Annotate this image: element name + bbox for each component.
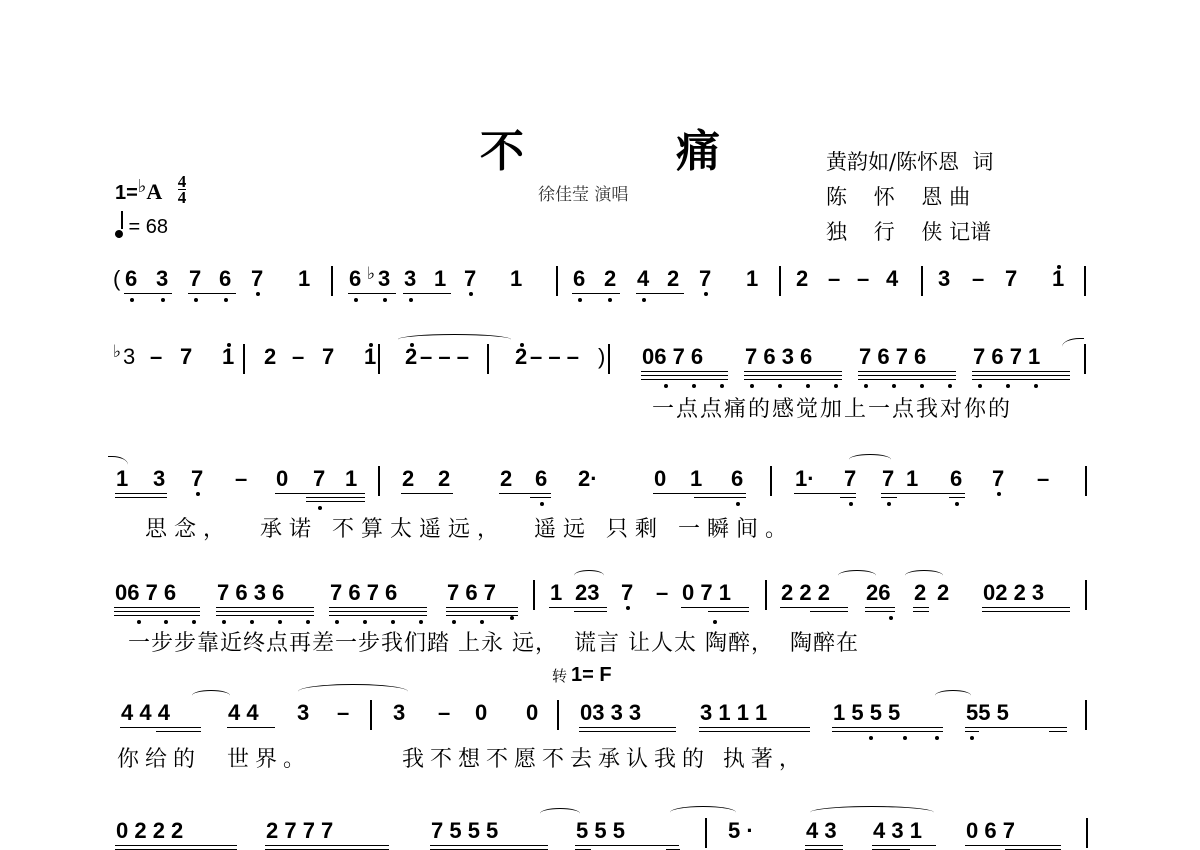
underline bbox=[115, 845, 237, 846]
low-dot bbox=[452, 620, 456, 624]
score-system-6: 0 2 2 2 2 7 7 7 7 5 5 5 5 5 5 5 · 4 3 4 … bbox=[0, 814, 1200, 850]
flat-icon: ♭ bbox=[113, 342, 121, 362]
open-paren: ( bbox=[113, 266, 120, 292]
underline bbox=[982, 611, 1070, 612]
underline bbox=[329, 615, 427, 616]
low-dot bbox=[948, 384, 952, 388]
note: 0 bbox=[276, 466, 288, 492]
low-dot bbox=[196, 492, 200, 496]
dash: – – – bbox=[420, 344, 469, 370]
dash: – bbox=[828, 266, 840, 292]
key-prefix: 1= bbox=[115, 182, 138, 204]
key-note: A bbox=[146, 179, 162, 204]
low-dot bbox=[834, 384, 838, 388]
note-group: 1 5 5 5 bbox=[833, 700, 900, 726]
low-dot bbox=[1034, 384, 1038, 388]
dash: – bbox=[972, 266, 984, 292]
tie bbox=[298, 684, 408, 699]
dash: – bbox=[1037, 466, 1049, 492]
underline bbox=[794, 493, 856, 494]
key-signature: 1=♭A 4 4 bbox=[115, 178, 186, 209]
low-dot bbox=[664, 384, 668, 388]
credits-block: 黄韵如/陈怀恩 词 陈 怀 恩 曲 独 行 侠 记谱 bbox=[826, 145, 993, 250]
barline bbox=[779, 266, 781, 296]
score-system-2: ♭ 3 – 7 1 2 – 7 1 2 – – – 2 – – – ) 06 7… bbox=[0, 340, 1200, 420]
composer-credit: 陈 怀 恩 曲 bbox=[826, 180, 993, 215]
underline bbox=[114, 611, 200, 612]
note: 1 bbox=[222, 344, 234, 370]
low-dot bbox=[383, 298, 387, 302]
underline bbox=[188, 293, 236, 294]
flat-icon: ♭ bbox=[138, 176, 147, 197]
note-group: 4 4 4 bbox=[121, 700, 170, 726]
song-title-char-1: 不 bbox=[480, 115, 524, 179]
note: 3 bbox=[153, 466, 165, 492]
low-dot bbox=[224, 298, 228, 302]
dash: – bbox=[337, 700, 349, 726]
dash: – bbox=[656, 580, 668, 606]
note: 0 bbox=[654, 466, 666, 492]
high-dot bbox=[1057, 265, 1061, 269]
low-dot bbox=[409, 298, 413, 302]
underline bbox=[708, 611, 749, 612]
underline bbox=[446, 611, 518, 612]
underline bbox=[965, 731, 979, 732]
barline bbox=[770, 466, 772, 496]
key-change-marking: 转1= F bbox=[552, 664, 612, 687]
underline bbox=[636, 293, 684, 294]
note-group: 7 6 3 6 bbox=[217, 580, 284, 606]
note: 0 bbox=[475, 700, 487, 726]
underline bbox=[965, 727, 1067, 728]
low-dot bbox=[222, 620, 226, 624]
note: 3 bbox=[938, 266, 950, 292]
barline bbox=[765, 580, 767, 610]
underline bbox=[840, 497, 856, 498]
note-group: 55 5 bbox=[966, 700, 1009, 726]
note: 1 bbox=[364, 344, 376, 370]
underline bbox=[913, 611, 929, 612]
note: 2 bbox=[937, 580, 949, 606]
low-dot bbox=[419, 620, 423, 624]
score-system-4: 06 7 6 7 6 3 6 7 6 7 6 7 6 7 1 23 7 – 0 … bbox=[0, 576, 1200, 656]
song-title-char-2: 痛 bbox=[676, 115, 720, 179]
low-dot bbox=[997, 492, 1001, 496]
underline bbox=[641, 379, 728, 380]
tempo-marking: = 68 bbox=[115, 215, 168, 239]
note: 7 bbox=[180, 344, 192, 370]
underline bbox=[949, 497, 965, 498]
low-dot bbox=[935, 736, 939, 740]
underline bbox=[329, 611, 427, 612]
note: 2 bbox=[264, 344, 276, 370]
note: 2 bbox=[914, 580, 926, 606]
underline bbox=[530, 497, 551, 498]
underline bbox=[681, 607, 749, 608]
underline bbox=[810, 611, 848, 612]
score-system-1: ( 6 3 7 6 7 1 6 ♭ 3 3 1 7 1 6 2 4 2 7 1 … bbox=[0, 262, 1200, 302]
note-group: 02 2 3 bbox=[983, 580, 1044, 606]
barline bbox=[1085, 466, 1087, 496]
note: 7 bbox=[699, 266, 711, 292]
low-dot bbox=[955, 502, 959, 506]
underline bbox=[641, 375, 728, 376]
barline bbox=[1085, 700, 1087, 730]
note-group: 4 3 1 bbox=[873, 818, 922, 844]
low-dot bbox=[278, 620, 282, 624]
underline bbox=[965, 845, 1061, 846]
note-group: 7 6 7 6 bbox=[859, 344, 926, 370]
underline bbox=[858, 379, 956, 380]
underline bbox=[579, 731, 676, 732]
underline bbox=[446, 607, 518, 608]
underline bbox=[972, 375, 1070, 376]
note: 6 bbox=[573, 266, 585, 292]
note: 7 bbox=[844, 466, 856, 492]
time-signature: 4 4 bbox=[178, 174, 187, 205]
note: 6 bbox=[535, 466, 547, 492]
quarter-note-icon bbox=[114, 229, 124, 239]
note: 2 bbox=[405, 344, 417, 370]
note-group: 7 6 7 6 bbox=[330, 580, 397, 606]
barline bbox=[533, 580, 535, 610]
low-dot bbox=[903, 736, 907, 740]
underline bbox=[275, 493, 365, 494]
underline bbox=[913, 607, 929, 608]
high-dot bbox=[410, 343, 414, 347]
low-dot bbox=[250, 620, 254, 624]
low-dot bbox=[318, 506, 322, 510]
note: 2 bbox=[667, 266, 679, 292]
note-group: 7 6 3 6 bbox=[745, 344, 812, 370]
underline bbox=[805, 845, 843, 846]
low-dot bbox=[692, 384, 696, 388]
low-dot bbox=[194, 298, 198, 302]
note: 2 bbox=[402, 466, 414, 492]
note: 3 bbox=[393, 700, 405, 726]
underline bbox=[832, 731, 943, 732]
note-group: 0 7 1 bbox=[682, 580, 731, 606]
underline bbox=[216, 611, 314, 612]
underline bbox=[446, 615, 518, 616]
score-system-5: 4 4 4 4 4 3 – 3 – 0 0 03 3 3 3 1 1 1 1 5… bbox=[0, 696, 1200, 776]
note: 3 bbox=[404, 266, 416, 292]
barline bbox=[487, 344, 489, 374]
quarter-note-stem bbox=[121, 211, 123, 229]
low-dot bbox=[510, 616, 514, 620]
barline bbox=[331, 266, 333, 296]
underline bbox=[115, 493, 167, 494]
underline bbox=[865, 611, 895, 612]
low-dot bbox=[480, 620, 484, 624]
underline bbox=[858, 371, 956, 372]
underline bbox=[744, 379, 842, 380]
low-dot bbox=[642, 298, 646, 302]
lyricist-credit: 黄韵如/陈怀恩 词 bbox=[826, 145, 993, 180]
low-dot bbox=[778, 384, 782, 388]
underline bbox=[694, 497, 746, 498]
underline bbox=[115, 497, 167, 498]
underline bbox=[216, 615, 314, 616]
note-group: 7 6 7 1 bbox=[973, 344, 1040, 370]
underline bbox=[499, 493, 551, 494]
low-dot bbox=[750, 384, 754, 388]
dash: – bbox=[235, 466, 247, 492]
note: 2 bbox=[604, 266, 616, 292]
low-dot bbox=[540, 502, 544, 506]
note-group: 0 2 2 2 bbox=[116, 818, 183, 844]
note-group: 7 5 5 5 bbox=[431, 818, 498, 844]
low-dot bbox=[335, 620, 339, 624]
tempo-value: = 68 bbox=[129, 216, 168, 238]
dash: – – – bbox=[530, 344, 579, 370]
note: 7 bbox=[191, 466, 203, 492]
barline bbox=[378, 344, 380, 374]
note-group: 26 bbox=[866, 580, 890, 606]
underline bbox=[575, 845, 679, 846]
low-dot bbox=[869, 736, 873, 740]
tie bbox=[540, 808, 580, 819]
barline bbox=[243, 344, 245, 374]
underline bbox=[982, 607, 1070, 608]
low-dot bbox=[970, 736, 974, 740]
low-dot bbox=[864, 384, 868, 388]
underline bbox=[114, 607, 200, 608]
note-group: 7 6 7 bbox=[447, 580, 496, 606]
note: 3 bbox=[378, 266, 390, 292]
note: 2· bbox=[578, 466, 598, 492]
low-dot bbox=[363, 620, 367, 624]
note: 1 bbox=[345, 466, 357, 492]
note: 6 bbox=[219, 266, 231, 292]
key-change-prefix: 转 bbox=[552, 667, 567, 685]
note: 1 bbox=[116, 466, 128, 492]
note: 0 bbox=[526, 700, 538, 726]
note: 7 bbox=[992, 466, 1004, 492]
note: 7 bbox=[313, 466, 325, 492]
dash: – bbox=[857, 266, 869, 292]
underline bbox=[401, 493, 453, 494]
dash: – bbox=[438, 700, 450, 726]
low-dot bbox=[608, 298, 612, 302]
underline bbox=[574, 611, 607, 612]
low-dot bbox=[849, 502, 853, 506]
underline bbox=[881, 493, 965, 494]
time-sig-denominator: 4 bbox=[178, 190, 187, 205]
barline bbox=[1085, 580, 1087, 610]
barline bbox=[921, 266, 923, 296]
note-group: 2 7 7 7 bbox=[266, 818, 333, 844]
low-dot bbox=[137, 620, 141, 624]
note: 7 bbox=[621, 580, 633, 606]
note: 6 bbox=[349, 266, 361, 292]
low-dot bbox=[920, 384, 924, 388]
high-dot bbox=[369, 343, 373, 347]
underline bbox=[881, 497, 897, 498]
underline bbox=[430, 845, 548, 846]
barline bbox=[608, 344, 610, 374]
score-system-3: 1 3 7 – 0 7 1 2 2 2 6 2· 0 1 6 1· 7 7 1 … bbox=[0, 462, 1200, 542]
low-dot bbox=[469, 292, 473, 296]
note: 4 bbox=[637, 266, 649, 292]
note: 1 bbox=[1052, 266, 1064, 292]
note: 6 bbox=[731, 466, 743, 492]
underline bbox=[865, 607, 895, 608]
low-dot bbox=[164, 620, 168, 624]
lyrics-line: 一点点痛的感觉加上一点我对你的 bbox=[652, 392, 1012, 423]
note: 2 bbox=[515, 344, 527, 370]
underline bbox=[114, 615, 200, 616]
note: 1 bbox=[434, 266, 446, 292]
barline bbox=[1084, 344, 1086, 374]
underline bbox=[306, 497, 365, 498]
barline bbox=[557, 700, 559, 730]
note-group: 0 6 7 bbox=[966, 818, 1015, 844]
note: 7 bbox=[189, 266, 201, 292]
tie bbox=[849, 454, 891, 465]
note: 7 bbox=[464, 266, 476, 292]
note: 6 bbox=[125, 266, 137, 292]
underline bbox=[348, 293, 396, 294]
underline bbox=[306, 501, 365, 502]
low-dot bbox=[354, 298, 358, 302]
underline bbox=[329, 607, 427, 608]
underline bbox=[972, 371, 1070, 372]
note: 4 bbox=[886, 266, 898, 292]
barline bbox=[1086, 818, 1088, 848]
low-dot bbox=[978, 384, 982, 388]
key-change-value: 1= F bbox=[571, 664, 612, 686]
note: 3 bbox=[123, 344, 135, 370]
underline bbox=[120, 727, 201, 728]
note: 7 bbox=[1005, 266, 1017, 292]
low-dot bbox=[256, 292, 260, 296]
note-group: 23 bbox=[575, 580, 599, 606]
note-group: 06 7 6 bbox=[642, 344, 703, 370]
note-group: 2 2 2 bbox=[781, 580, 830, 606]
barline bbox=[378, 466, 380, 496]
underline bbox=[872, 845, 936, 846]
underline bbox=[579, 727, 676, 728]
underline bbox=[858, 375, 956, 376]
note: 7 bbox=[322, 344, 334, 370]
note: 7 bbox=[251, 266, 263, 292]
tie bbox=[670, 806, 736, 819]
flat-icon: ♭ bbox=[367, 264, 375, 284]
lyrics-line: 思念， 承诺 不算太遥远， 遥远 只剩 一瞬间。 bbox=[145, 512, 794, 543]
lyrics-line: 一步步靠近终点再差一步我们踏 上永 远， 谎言 让人太 陶醉， 陶醉在 bbox=[128, 626, 859, 657]
underline bbox=[653, 493, 746, 494]
lyrics-line: 你给的 世界。 我不想不愿不去承认我的 执著， bbox=[117, 742, 807, 773]
underline bbox=[227, 727, 275, 728]
note: 1 bbox=[906, 466, 918, 492]
note: 1 bbox=[298, 266, 310, 292]
low-dot bbox=[306, 620, 310, 624]
low-dot bbox=[806, 384, 810, 388]
note: 1 bbox=[746, 266, 758, 292]
barline bbox=[556, 266, 558, 296]
underline bbox=[572, 293, 620, 294]
tie-start bbox=[1062, 338, 1084, 349]
low-dot bbox=[1006, 384, 1010, 388]
note-group: 5 5 5 bbox=[576, 818, 625, 844]
low-dot bbox=[889, 616, 893, 620]
underline bbox=[699, 727, 810, 728]
underline bbox=[403, 293, 451, 294]
note-group: 4 4 bbox=[228, 700, 259, 726]
note: 2 bbox=[500, 466, 512, 492]
underline bbox=[549, 607, 607, 608]
barline bbox=[370, 700, 372, 730]
tie bbox=[192, 690, 230, 701]
underline bbox=[1049, 731, 1067, 732]
low-dot bbox=[736, 502, 740, 506]
low-dot bbox=[578, 298, 582, 302]
low-dot bbox=[892, 384, 896, 388]
low-dot bbox=[720, 384, 724, 388]
barline bbox=[705, 818, 707, 848]
underline bbox=[699, 731, 810, 732]
note-group: 06 7 6 bbox=[115, 580, 176, 606]
note: 1 bbox=[550, 580, 562, 606]
barline bbox=[1084, 266, 1086, 296]
note: 7 bbox=[882, 466, 894, 492]
low-dot bbox=[887, 502, 891, 506]
underline bbox=[972, 379, 1070, 380]
low-dot bbox=[626, 606, 630, 610]
underline bbox=[744, 371, 842, 372]
note: 1· bbox=[795, 466, 815, 492]
high-dot bbox=[520, 343, 524, 347]
close-paren: ) bbox=[598, 344, 605, 370]
note: 2 bbox=[438, 466, 450, 492]
transcriber-credit: 独 行 侠 记谱 bbox=[826, 215, 993, 250]
underline bbox=[265, 845, 389, 846]
note: 1 bbox=[510, 266, 522, 292]
note: 3 bbox=[156, 266, 168, 292]
low-dot bbox=[130, 298, 134, 302]
note-group: 4 3 bbox=[806, 818, 837, 844]
underline bbox=[744, 375, 842, 376]
low-dot bbox=[192, 620, 196, 624]
singer-credit: 徐佳莹 演唱 bbox=[538, 180, 628, 205]
note: 2 bbox=[796, 266, 808, 292]
dash: – bbox=[150, 344, 162, 370]
dash: – bbox=[292, 344, 304, 370]
note: 3 bbox=[297, 700, 309, 726]
low-dot bbox=[161, 298, 165, 302]
note-group: 3 1 1 1 bbox=[700, 700, 767, 726]
underline bbox=[124, 293, 172, 294]
high-dot bbox=[227, 343, 231, 347]
low-dot bbox=[713, 620, 717, 624]
underline bbox=[832, 727, 943, 728]
underline bbox=[780, 607, 848, 608]
note-group: 03 3 3 bbox=[580, 700, 641, 726]
note: 1 bbox=[690, 466, 702, 492]
underline bbox=[216, 607, 314, 608]
low-dot bbox=[704, 292, 708, 296]
low-dot bbox=[391, 620, 395, 624]
note: 5 · bbox=[728, 818, 754, 844]
note: 6 bbox=[950, 466, 962, 492]
underline bbox=[156, 731, 201, 732]
underline bbox=[641, 371, 728, 372]
